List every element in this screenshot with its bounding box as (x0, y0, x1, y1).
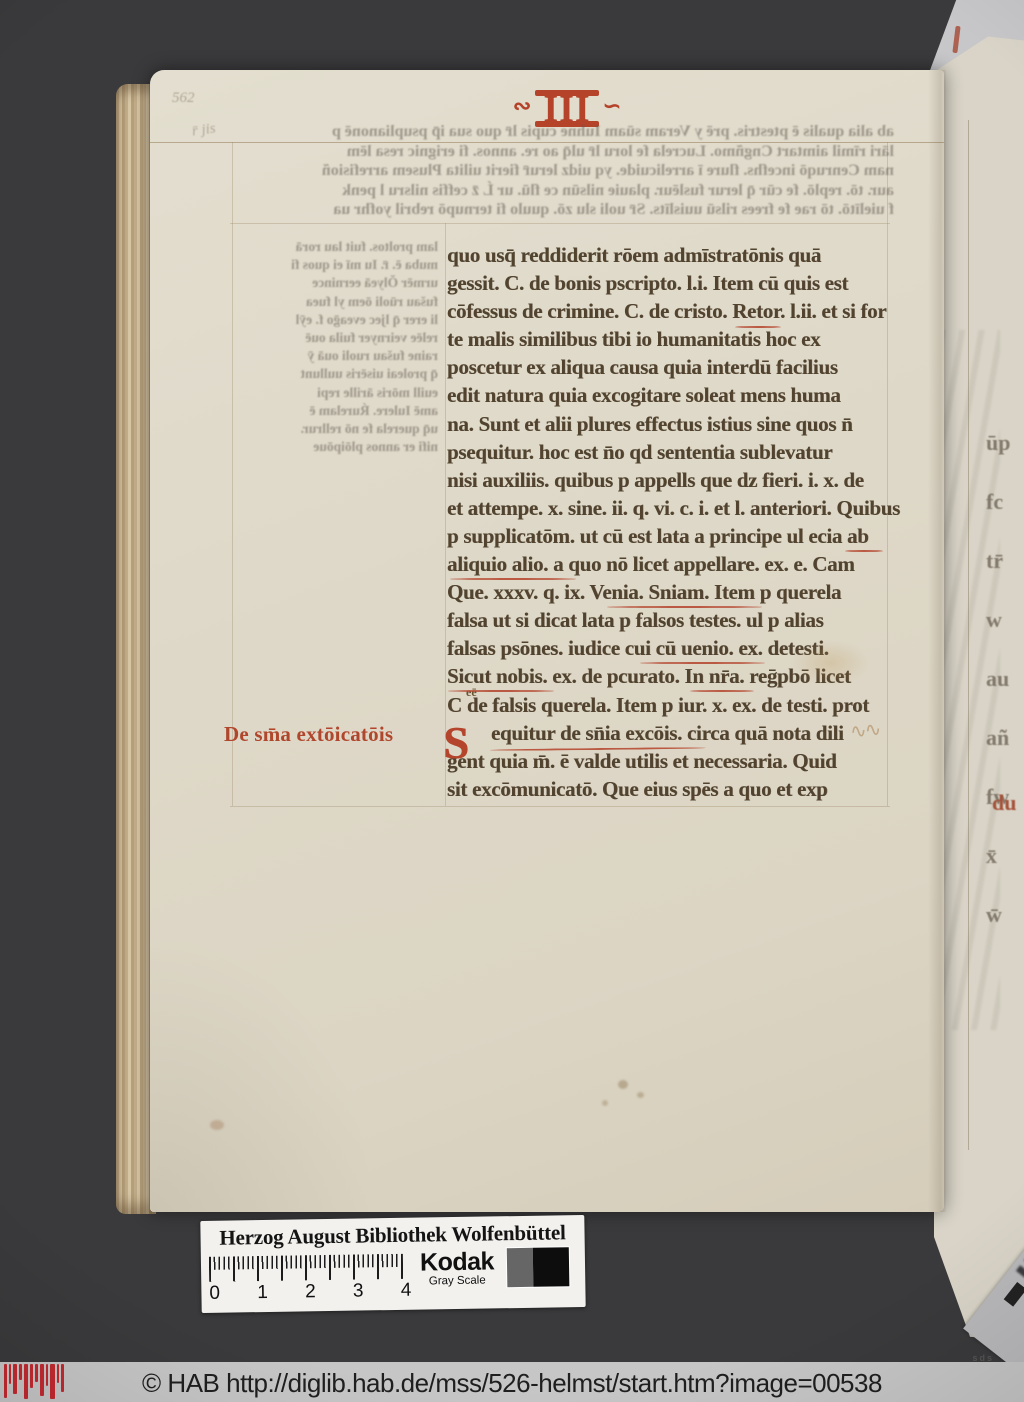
text-line: falsa ut si dicat lata p falsos testes. … (447, 606, 891, 634)
showthrough-text-top: ab alia qualis ē ptestris. prē y Veram s… (164, 122, 894, 222)
ruling-line (230, 223, 890, 224)
ruler: 01234 (209, 1254, 412, 1305)
stain (637, 1092, 644, 1098)
gray-patch-dark (507, 1248, 533, 1287)
showthrough-line: euill mōris ārille repi (234, 384, 438, 402)
red-underline (845, 550, 883, 552)
showthrough-line: relēe veirnyer fuila ouē (234, 329, 438, 347)
showthrough-line: li erer q̄ ljec eveaḡo f. eȳl (234, 311, 438, 329)
next-folio-edge: ūpfctr̄wauañfwx̄w̄ du (934, 30, 1024, 1342)
text-line: gessit. C. de bonis pscripto. l.i. Item … (447, 269, 891, 297)
text-fragment: añ (986, 725, 1022, 751)
folio-numeral: III (539, 92, 594, 126)
gray-scale-label: Gray Scale (417, 1274, 497, 1287)
gutter-crease-shadow (928, 70, 946, 1212)
kodak-logo: Kodak (417, 1249, 497, 1274)
text-line: equitur de sn̄ia excōis. circa quā nota … (447, 719, 891, 747)
text-line: p supplicatōm. ut cū est lata a principe… (447, 522, 891, 550)
ruler-number: 3 (353, 1280, 364, 1302)
text-fragment: x̄ (986, 843, 1022, 869)
label-mark (1004, 1282, 1024, 1307)
calibration-label: Herzog August Bibliothek Wolfenbüttel 01… (200, 1215, 585, 1313)
text-line: poscetur ex aliqua causa quia interdū fa… (447, 353, 891, 381)
red-flourish-left: ∾ (513, 93, 531, 119)
ruling-line (968, 120, 969, 1150)
next-folio-red-fragment: du (992, 790, 1016, 816)
showthrough-line: aur. tō. replō. fe cūr q̄ lerur fuslēur.… (164, 181, 894, 201)
ruler-number: 0 (209, 1283, 220, 1305)
showthrough-line: raine fušau ruoli ouā ȳ (234, 347, 438, 365)
showthrough-line: lāri rīmil aimtart Cngñmo. Lucrela fe lo… (164, 142, 894, 162)
text-line: et attempe. x. sine. ii. q. vi. c. i. et… (447, 494, 891, 522)
red-underline (607, 606, 762, 608)
text-fragment: au (986, 666, 1022, 692)
stain (618, 1080, 628, 1089)
red-underline (448, 690, 554, 692)
gray-scale-patch (506, 1246, 571, 1288)
showthrough-text-left: lam proltos. fuit lau rorāmuba ē. r̄. Iu… (234, 238, 438, 463)
red-underline (640, 662, 765, 664)
ruler-number: 1 (257, 1282, 268, 1304)
stain (602, 1100, 608, 1106)
main-text-column: quo usq̄ reddiderit rōem admīstratōnis q… (447, 241, 891, 803)
showthrough-line: nam Cenruqō incefhs. flure ī arrelicuide… (164, 161, 894, 181)
text-line: aliquio alio. a quo nō licet appellare. … (447, 550, 891, 578)
text-line: C de falsis querela. Item p iur. x. ex. … (447, 691, 891, 719)
ruler-number: 2 (305, 1281, 316, 1303)
text-fragment: tr̄ (986, 548, 1022, 574)
footer-bar: © HAB http://diglib.hab.de/mss/526-helms… (0, 1362, 1024, 1402)
text-line: nisi auxiliis. quibus p appells que dz f… (447, 466, 891, 494)
ruler-ticks (209, 1254, 411, 1282)
manuscript-page: ∾ III ∽ 562 r̄ jis ab alia qualis ē ptes… (150, 70, 944, 1212)
text-fragment: w (986, 607, 1022, 633)
showthrough-line: muba ē. r̄. Iu mī ei quos fi (234, 256, 438, 274)
red-underline (450, 578, 576, 580)
showthrough-line: uq̄ querela fe nō rellrur. (234, 420, 438, 438)
text-fragment: w̄ (986, 902, 1022, 928)
corner-code: sds (972, 1353, 994, 1363)
margin-flourish: ∿∿ (849, 717, 881, 745)
digitized-manuscript-photo: ūpfctr̄wauañfwx̄w̄ du ∾ III ∽ 562 r̄ jis… (0, 0, 1024, 1402)
showthrough-line: f uielītō. tō rae fe frees rilsū uuislīt… (164, 200, 894, 220)
text-line: na. Sunt et alii plures effectus istius … (447, 410, 891, 438)
text-line: psequitur. hoc est n̄o qd sententia subl… (447, 438, 891, 466)
copyright-url: © HAB http://diglib.hab.de/mss/526-helms… (0, 1368, 1024, 1399)
folio-numeral-group: ∾ III ∽ (502, 92, 632, 126)
ruling-line (232, 142, 233, 806)
red-registration-barcode (4, 1364, 64, 1402)
red-flourish-right: ∽ (603, 93, 621, 119)
text-line: edit natura quia excogitare soleat mens … (447, 381, 891, 409)
ruler-numbers: 01234 (209, 1280, 411, 1305)
gray-patch-black (533, 1247, 570, 1287)
interlinear-gloss: eē (466, 685, 477, 700)
ruling-line (230, 806, 890, 807)
page-shading (150, 812, 507, 1212)
text-line: cōfessus de crimine. C. de cristo. Retor… (447, 297, 891, 325)
showthrough-line: lam proltos. fuit lau rorā (234, 238, 438, 256)
text-line: Que. xxxv. q. ix. Venia. Sniam. Item p q… (447, 578, 891, 606)
text-line: quo usq̄ reddiderit rōem admīstratōnis q… (447, 241, 891, 269)
pencil-mark: 562 (172, 90, 195, 107)
text-line: te malis similibus tibi io humanitatis h… (447, 325, 891, 353)
red-underline (690, 690, 754, 692)
text-line: gent quia m̄. ē valde utilis et necessar… (447, 747, 891, 775)
text-line: sit excōmunicatō. Que eius spēs a quo et… (447, 775, 891, 803)
next-folio-text-fragments: ūpfctr̄wauañfwx̄w̄ (986, 430, 1022, 928)
showthrough-line: ab alia qualis ē ptestris. prē y Veram s… (164, 122, 894, 142)
kodak-block: Kodak Gray Scale (417, 1249, 498, 1287)
showthrough-line: fušau rūoli ōem yl fuea (234, 293, 438, 311)
red-initial: S (443, 722, 469, 764)
showthrough-line: urmēr Ŏlyeā eernince (234, 274, 438, 292)
text-line: Sicut nobis. ex. de pcurato. In nr̄a. re… (447, 662, 891, 690)
ruler-number: 4 (401, 1280, 412, 1302)
marginal-rubric: De sm̄a extōicatōis (224, 722, 393, 747)
text-fragment: ūp (986, 430, 1022, 456)
text-fragment: fc (986, 489, 1022, 515)
showthrough-line: amē Iulere. Ŕurelam ē (234, 402, 438, 420)
showthrough-line: nifi er annos plōipōue (234, 438, 438, 456)
red-underline (735, 326, 781, 328)
text-line: falsas psōnes. iudice cui cū uenio. ex. … (447, 634, 891, 662)
showthrough-line: q̄ proleai uisēris uullunt (234, 365, 438, 383)
